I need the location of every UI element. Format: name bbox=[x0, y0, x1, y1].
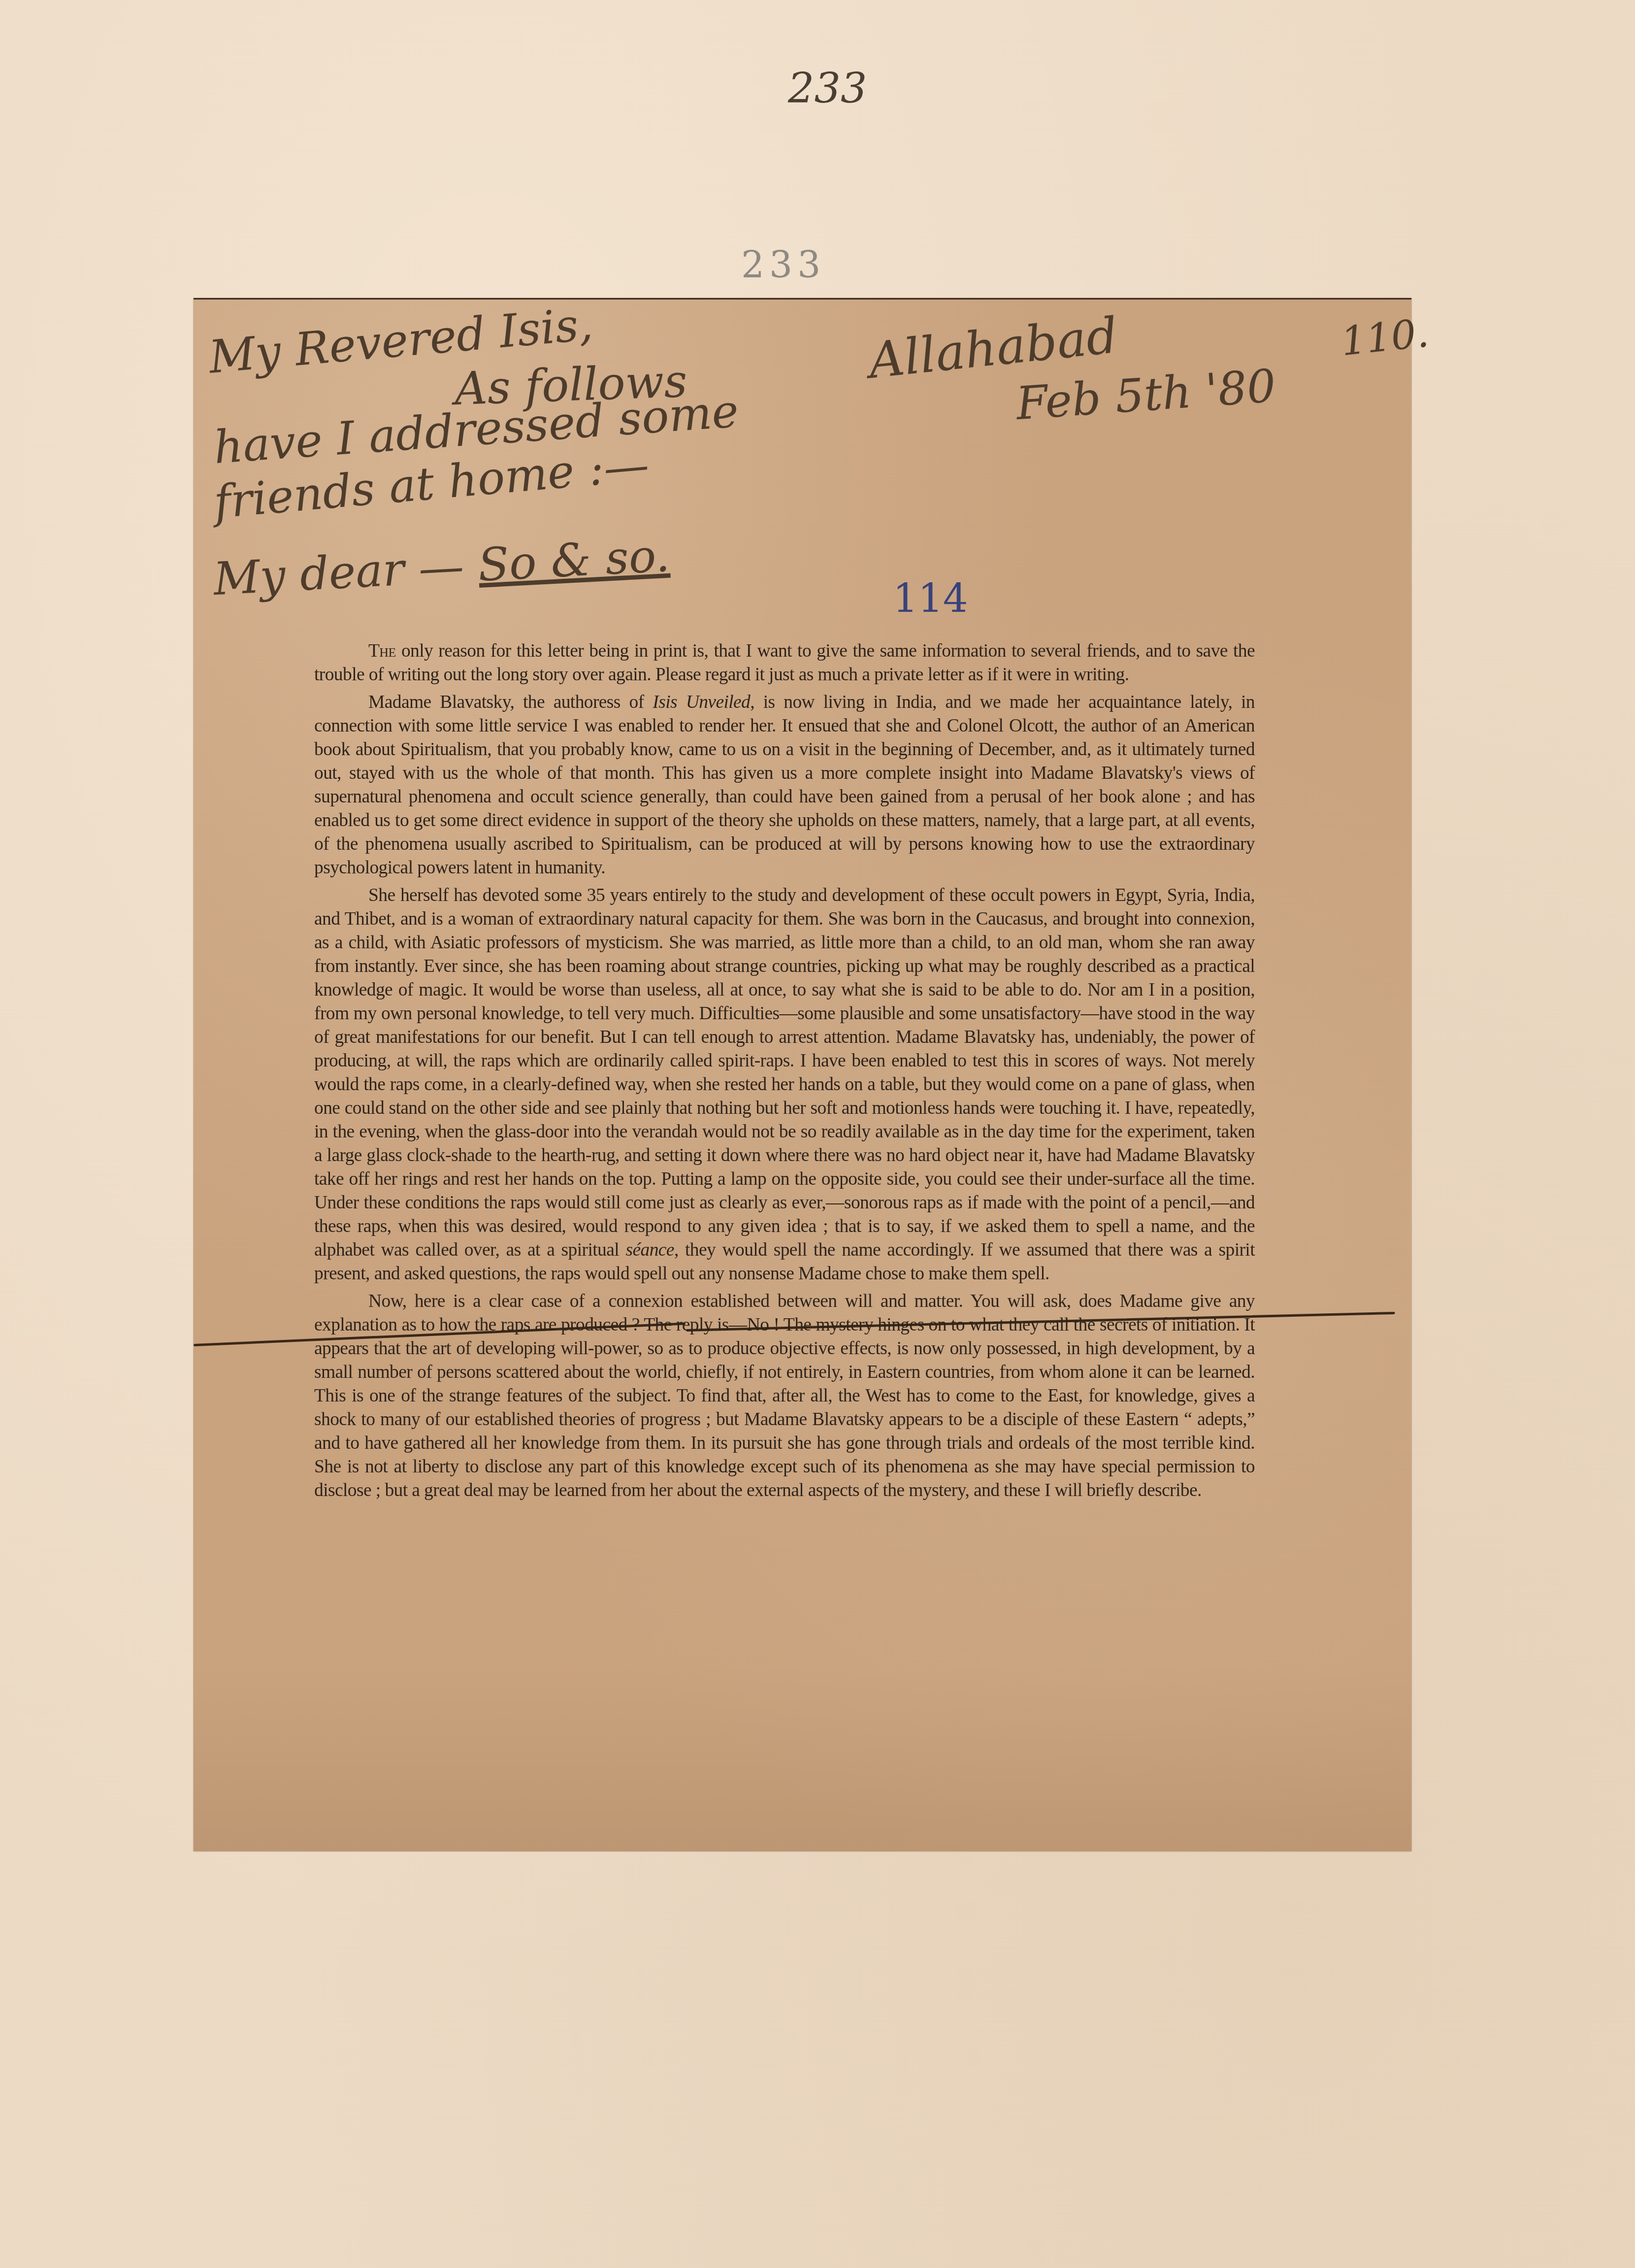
folio-number-pencil: 233 bbox=[741, 244, 825, 286]
paragraph-text: Madame Blavatsky, the authoress of bbox=[368, 692, 653, 712]
leaf-number: 110. bbox=[1339, 310, 1431, 365]
paragraph-text: Now, here is a clear case of a connexion… bbox=[314, 1291, 1255, 1501]
printed-letter-body: The only reason for this letter being in… bbox=[314, 639, 1255, 1506]
paragraph-text: , is now living in India, and we made he… bbox=[314, 692, 1255, 878]
paragraph-lead: The bbox=[368, 641, 396, 661]
paragraph: Now, here is a clear case of a connexion… bbox=[314, 1290, 1255, 1502]
salutation-prefix: My dear — bbox=[212, 539, 480, 605]
salutation-name: So & so. bbox=[477, 529, 671, 592]
blue-pencil-number: 114 bbox=[893, 575, 968, 621]
printed-letter-sheet: My Revered Isis, As follows have I addre… bbox=[194, 298, 1411, 1851]
paragraph: Madame Blavatsky, the authoress of Isis … bbox=[314, 691, 1255, 880]
paragraph-text: only reason for this letter being in pri… bbox=[314, 641, 1255, 685]
italic-term: séance bbox=[625, 1240, 674, 1260]
paragraph-text: She herself has devoted some 35 years en… bbox=[314, 885, 1255, 1260]
book-title: Isis Unveiled bbox=[653, 692, 750, 712]
handwritten-salutation: My dear — So & so. bbox=[212, 529, 671, 605]
paragraph: The only reason for this letter being in… bbox=[314, 639, 1255, 687]
folio-number-ink: 233 bbox=[788, 64, 867, 112]
paragraph: She herself has devoted some 35 years en… bbox=[314, 884, 1255, 1286]
